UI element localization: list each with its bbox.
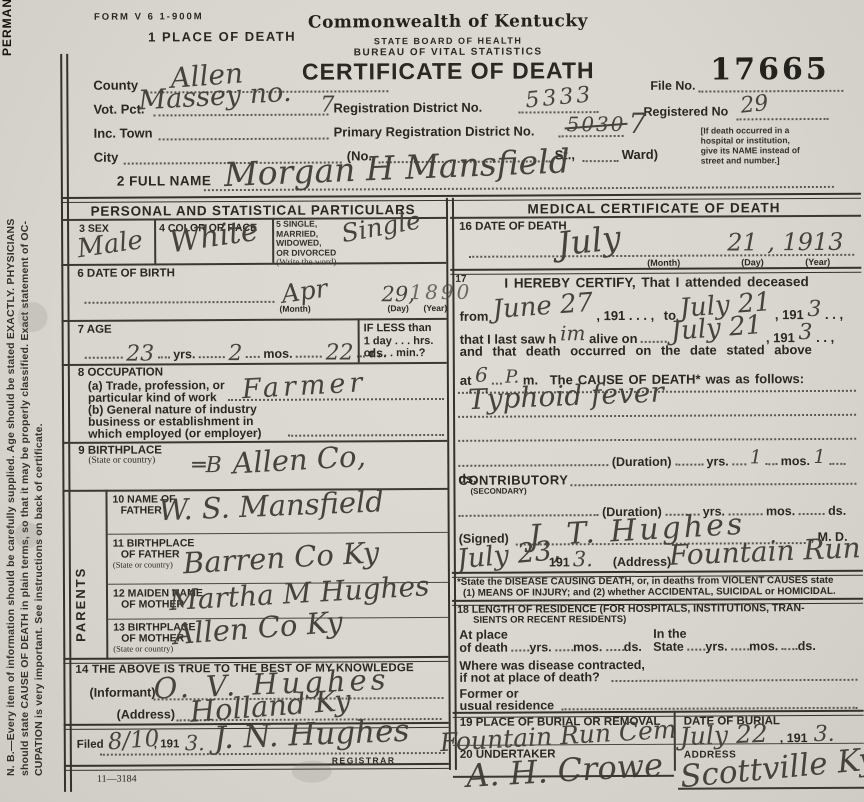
- dur-mos-value: 1: [813, 446, 825, 468]
- sign-year-script: 3.: [573, 547, 593, 571]
- informant-address-label: (Address): [117, 707, 175, 721]
- street-line: [583, 160, 619, 162]
- birthplace-value: Allen Co,: [231, 439, 366, 481]
- dob-month-caption: (Month): [279, 304, 310, 314]
- vot-pct-value: Massey no.: [138, 77, 293, 117]
- dod-day-caption: (Day): [741, 257, 764, 267]
- state-label: State: [653, 640, 684, 654]
- certificate-form: FORM V 6 1-900M 1 PLACE OF DEATH Commonw…: [0, 0, 864, 802]
- place-of-death-heading: 1 PLACE OF DEATH: [148, 29, 296, 45]
- dob-line: [84, 301, 274, 304]
- filed-date-value: 8/10: [107, 726, 160, 756]
- vot-pct-extra: 7: [320, 93, 334, 118]
- inc-town-line: [159, 138, 329, 141]
- contributory-line: [570, 483, 856, 486]
- at-place-label-2: of death: [459, 641, 508, 655]
- row1-rule: [61, 262, 446, 266]
- duration-label: (Duration): [612, 455, 672, 469]
- cause-line-2: [458, 414, 856, 418]
- alive-end: . . ,: [816, 330, 834, 345]
- undertaker-address-bottom-rule: [678, 787, 864, 790]
- father-bp-label3: (State or country): [113, 559, 173, 569]
- hospital-note-line4: street and number.]: [701, 155, 861, 166]
- father-name-label2: FATHER: [121, 504, 162, 516]
- primary-district-line: [559, 135, 624, 137]
- filed-year-script: 3.: [185, 731, 205, 755]
- city-label: City: [94, 150, 119, 165]
- sex-race-divider: [154, 218, 156, 263]
- file-no-label: File No.: [650, 79, 695, 93]
- marital-label: 5 SINGLE, MARRIED, WIDOWED, OR DIVORCED …: [276, 219, 336, 267]
- dur2-mos-label: mos.: [766, 504, 795, 518]
- dod-label: 16 DATE OF DEATH: [459, 220, 567, 233]
- ifless-box: IF LESS than 1 day . . . hrs. or . . . m…: [364, 322, 434, 360]
- informant-label: (Informant): [89, 685, 155, 699]
- state-ds-label: ds.: [798, 639, 816, 653]
- state-yrs-label: yrs.: [705, 639, 727, 653]
- saw-script: im: [560, 321, 586, 345]
- dur-mos-label: mos.: [781, 454, 810, 468]
- age-label: 7 AGE: [78, 324, 112, 336]
- full-name-label: 2 FULL NAME: [117, 173, 212, 188]
- burial-date-value: July 22: [679, 719, 768, 752]
- registered-no-line: [737, 118, 829, 120]
- sign-address-label: (Address): [613, 555, 671, 569]
- file-no-line: [698, 90, 843, 93]
- contracted-line: [611, 679, 857, 682]
- occupation-label: 8 OCCUPATION: [78, 366, 163, 378]
- ifless-box-divider: [358, 318, 360, 362]
- dod-year-value: , 1913: [767, 228, 843, 256]
- county-label: County: [93, 78, 138, 93]
- ifless-line1: IF LESS than: [364, 322, 434, 335]
- filed-label: Filed: [77, 739, 104, 751]
- registration-district-label: Registration District No.: [333, 100, 482, 116]
- state-board-heading: STATE BOARD OF HEALTH: [374, 36, 523, 47]
- ifless-line3: or . . . min.?: [364, 347, 434, 360]
- race-marital-divider: [272, 218, 274, 263]
- medical-header-rule: [450, 215, 861, 219]
- dod-month-caption: (Month): [647, 258, 680, 268]
- occurred-statement: and that death occurred on the date stat…: [460, 342, 812, 359]
- in-state-line: State yrs. mos. ds.: [653, 639, 816, 654]
- age-mos-label: mos.: [263, 347, 292, 361]
- paper-smudge: [15, 522, 41, 548]
- mother-bp-label3: (State or country): [113, 643, 173, 653]
- parents-inner-divider: [105, 490, 108, 660]
- occupation-b-line: [288, 434, 444, 437]
- paper-smudge: [292, 761, 332, 783]
- res-ds-label: ds.: [624, 640, 642, 654]
- parents-label: PARENTS: [73, 522, 89, 642]
- file-no-value: 17665: [710, 52, 830, 88]
- contracted-line-2: if not at place of death?: [459, 670, 599, 685]
- hospital-note: [If death occurred in a hospital or inst…: [701, 125, 861, 166]
- registration-district-value: 5333: [524, 82, 594, 113]
- birthplace-mark: ═B: [192, 453, 222, 478]
- state-mos-label: mos.: [749, 639, 778, 653]
- ifless-line2: 1 day . . . hrs.: [364, 334, 434, 347]
- registrar-signature: J. N. Hughes: [213, 713, 410, 757]
- dur-yrs-label: yrs.: [706, 454, 728, 468]
- dod-day-value: 21: [727, 228, 758, 256]
- dur-yrs-value: 1: [750, 446, 762, 468]
- occupation-b3: which employed (or employer): [88, 426, 261, 441]
- sign-year-printed: 191: [549, 555, 570, 569]
- certify-number: 17: [455, 274, 466, 285]
- registered-no-label: Registered No: [643, 104, 728, 118]
- form-left-border: [60, 54, 72, 792]
- age-yrs-label: yrs.: [173, 347, 195, 361]
- ward-label: Ward): [622, 147, 658, 162]
- full-name-value: Morgan H Mansfield: [223, 141, 570, 194]
- primary-district-struck: 5030: [566, 112, 625, 136]
- father-rule: [106, 532, 448, 535]
- res-yrs-label: yrs.: [529, 640, 551, 654]
- inc-town-label: Inc. Town: [94, 125, 153, 140]
- cause-line-3: [458, 438, 856, 442]
- cause-value: Typhoid fever: [467, 375, 664, 416]
- res-mos-label: mos.: [573, 640, 602, 654]
- dob-label: 6 DATE OF BIRTH: [77, 267, 175, 280]
- birthplace-hint: (State or country): [88, 455, 155, 465]
- filed-bottom-rule: [64, 763, 449, 771]
- dod-year-caption: (Year): [805, 257, 830, 267]
- filed-year-printed: , 191: [154, 738, 180, 750]
- commonwealth-heading: Commonwealth of Kentucky: [308, 11, 588, 32]
- registered-no-value: 29: [739, 91, 770, 119]
- paper-smudge: [17, 302, 47, 332]
- dob-year-caption: (Year): [423, 303, 447, 313]
- dob-day-caption: (Day): [387, 303, 408, 313]
- cause-footnote-2: (1) MEANS OF INJURY; and (2) whether ACC…: [463, 586, 836, 599]
- plate-number: 11—3184: [97, 774, 137, 785]
- age-line: 23 yrs. 2 mos. 22 ds.: [85, 338, 387, 365]
- medical-section-heading: MEDICAL CERTIFICATE OF DEATH: [527, 200, 780, 216]
- death-certificate-scan: N. B.—Every item of information should b…: [0, 0, 864, 802]
- primary-district-label: Primary Registration District No.: [334, 123, 535, 139]
- contributory-label: CONTRIBUTORY: [458, 472, 568, 488]
- residence-header-2: SIENTS OR RECENT RESIDENTS): [473, 614, 626, 626]
- dur2-ds-label: ds.: [828, 504, 846, 518]
- dod-month-value: July: [555, 218, 623, 264]
- vot-pct-label: Vot. Pct.: [93, 102, 144, 117]
- form-number: FORM V 6 1-900M: [94, 11, 204, 23]
- certificate-title: CERTIFICATE OF DEATH: [302, 57, 595, 86]
- secondary-label: (SECONDARY): [470, 487, 526, 496]
- at-place-line: of death yrs. mos. ds.: [459, 640, 642, 655]
- primary-district-value: 7: [628, 107, 646, 140]
